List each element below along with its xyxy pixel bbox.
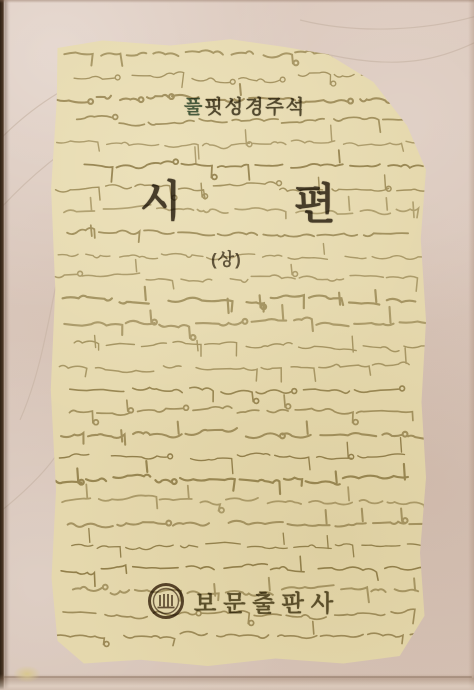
publisher-mark: 보문출판사 (147, 582, 340, 620)
spine-edge (0, 0, 5, 690)
series-title-first-char: 풀 (184, 97, 204, 118)
cover-right-edge (468, 0, 474, 690)
cover-top-edge (0, 0, 474, 3)
corner-stain (14, 666, 40, 682)
manuscript-script-lines (50, 38, 426, 666)
manuscript-panel (50, 38, 426, 666)
main-title-char-si: 시 (140, 168, 182, 229)
series-title: 풀핏성경주석 (184, 92, 306, 119)
volume-label: (상) (211, 245, 242, 270)
cover-bottom-edge (0, 674, 474, 690)
series-title-rest: 핏성경주석 (204, 97, 306, 118)
book-cover: 풀핏성경주석 시 편 (상) 보문출판사 (0, 0, 474, 690)
publisher-name: 보문출판사 (194, 585, 340, 618)
main-title-char-pyeon: 편 (294, 171, 336, 232)
publisher-logo-icon (147, 582, 185, 620)
